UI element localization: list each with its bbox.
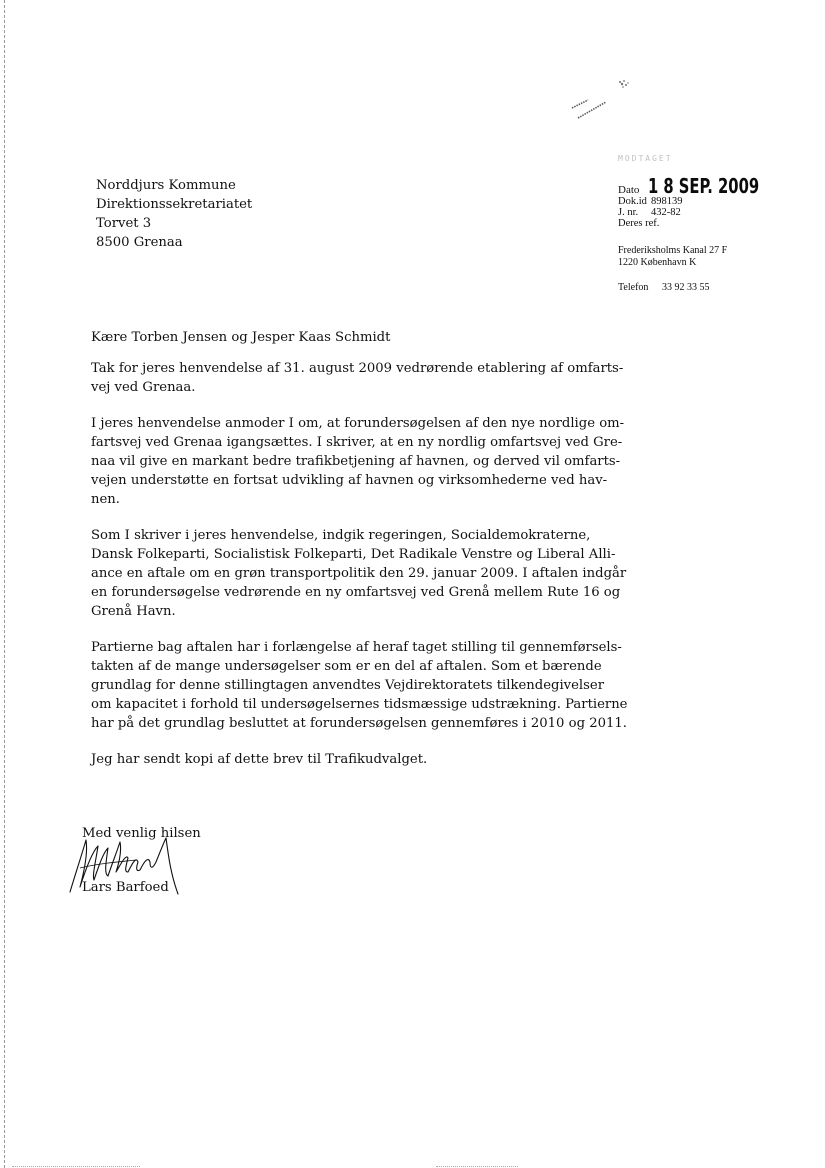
your-reference-row: Deres ref. [618, 218, 784, 229]
scan-bottom-edge [436, 1166, 518, 1167]
your-reference-label: Deres ref. [618, 218, 659, 229]
phone-value: 33 92 33 55 [662, 282, 710, 293]
text-line: vejen understøtte en fortsat udvikling a… [91, 471, 591, 490]
sender-street: Frederiksholms Kanal 27 F [618, 245, 727, 257]
paragraph-1: Tak for jeres henvendelse af 31. august … [91, 359, 591, 397]
signer-name: Lars Barfoed [82, 878, 169, 897]
journal-number-value: 432-82 [651, 207, 681, 218]
journal-number-row: J. nr. 432-82 [618, 207, 784, 218]
sender-phone: Telefon 33 92 33 55 [618, 282, 710, 293]
text-line: naa vil give en markant bedre trafikbetj… [91, 452, 591, 471]
text-line: takten af de mange undersøgelser som er … [91, 657, 591, 676]
letter-body: Kære Torben Jensen og Jesper Kaas Schmid… [91, 328, 591, 786]
paragraph-2: I jeres henvendelse anmoder I om, at for… [91, 414, 591, 509]
text-line: Dansk Folkeparti, Socialistisk Folkepart… [91, 545, 591, 564]
doc-id-label: Dok.id [618, 196, 647, 207]
date-row: Dato 1 8 SEP. 2009 [618, 176, 784, 196]
sender-address: Frederiksholms Kanal 27 F 1220 København… [618, 245, 727, 269]
text-line: Som I skriver i jeres henvendelse, indgi… [91, 526, 591, 545]
scan-bottom-edge [12, 1166, 140, 1167]
salutation: Kære Torben Jensen og Jesper Kaas Schmid… [91, 328, 591, 347]
scan-artifact-marks [568, 70, 648, 130]
received-stamp-faint: MODTAGET [618, 154, 673, 163]
text-line: en forundersøgelse vedrørende en ny omfa… [91, 583, 591, 602]
recipient-address: Norddjurs Kommune Direktionssekretariate… [96, 176, 252, 252]
sender-city: 1220 København K [618, 257, 727, 269]
scan-left-edge [4, 0, 5, 1168]
text-line: Jeg har sendt kopi af dette brev til Tra… [91, 750, 591, 769]
document-metadata: Dato 1 8 SEP. 2009 Dok.id 898139 J. nr. … [618, 176, 784, 229]
recipient-line: Direktionssekretariatet [96, 195, 252, 214]
journal-number-label: J. nr. [618, 207, 647, 218]
recipient-line: 8500 Grenaa [96, 233, 252, 252]
text-line: Partierne bag aftalen har i forlængelse … [91, 638, 591, 657]
text-line: fartsvej ved Grenaa igangsættes. I skriv… [91, 433, 591, 452]
phone-label: Telefon [618, 282, 662, 293]
date-label: Dato [618, 185, 648, 196]
text-line: om kapacitet i forhold til undersøgelser… [91, 695, 591, 714]
date-stamp: 1 8 SEP. 2009 [648, 176, 759, 196]
recipient-line: Norddjurs Kommune [96, 176, 252, 195]
text-line: har på det grundlag besluttet at forunde… [91, 714, 591, 733]
text-line: I jeres henvendelse anmoder I om, at for… [91, 414, 591, 433]
paragraph-5: Jeg har sendt kopi af dette brev til Tra… [91, 750, 591, 769]
text-line: Grenå Havn. [91, 602, 591, 621]
paragraph-3: Som I skriver i jeres henvendelse, indgi… [91, 526, 591, 621]
text-line: vej ved Grenaa. [91, 378, 591, 397]
recipient-line: Torvet 3 [96, 214, 252, 233]
text-line: grundlag for denne stillingtagen anvendt… [91, 676, 591, 695]
text-line: ance en aftale om en grøn transportpolit… [91, 564, 591, 583]
text-line: Tak for jeres henvendelse af 31. august … [91, 359, 591, 378]
text-line: nen. [91, 490, 591, 509]
paragraph-4: Partierne bag aftalen har i forlængelse … [91, 638, 591, 733]
